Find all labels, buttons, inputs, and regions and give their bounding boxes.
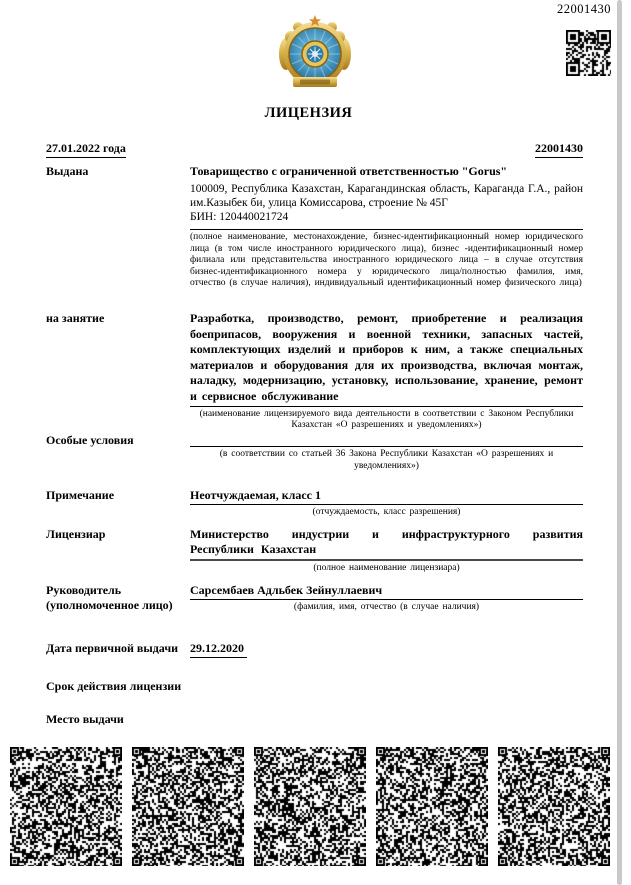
rule	[190, 599, 583, 600]
licensee-bin: БИН: 120440021724	[190, 210, 583, 224]
document-title: ЛИЦЕНЗИЯ	[0, 105, 617, 122]
field-head-label: Руководитель (уполномоченное лицо)	[46, 583, 186, 612]
field-first-issue-date: Дата первичной выдачи 29.12.2020	[46, 641, 247, 658]
barcode-icon	[132, 747, 244, 866]
rule	[190, 229, 583, 230]
barcode-icon	[498, 747, 610, 866]
remark-value: Неотчуждаемая, класс 1	[190, 488, 583, 503]
field-licensor-note: (полное наименование лицензиара)	[190, 563, 583, 575]
field-issued-to-note: (полное наименование, местонахождение, б…	[190, 232, 583, 290]
field-place-label: Место выдачи	[46, 712, 186, 727]
field-remark-label: Примечание	[46, 488, 186, 503]
field-validity-label: Срок действия лицензии	[46, 679, 186, 694]
field-head-note: (фамилия, имя, отчество (в случае наличи…	[190, 602, 583, 614]
field-first-issue-date-label: Дата первичной выдачи	[46, 641, 178, 656]
license-number: 22001430	[535, 141, 583, 158]
activity-text: Разработка, производство, ремонт, приобр…	[190, 311, 583, 405]
field-special-conditions-note: (в соответствии со статьей 36 Закона Рес…	[190, 449, 583, 472]
empty-value-line	[190, 433, 583, 447]
field-activity-note: (наименование лицензируемого вида деятел…	[190, 409, 583, 432]
field-remark-note: (отчуждаемость, класс разрешения)	[190, 507, 583, 519]
rule	[190, 504, 583, 505]
scrollbar[interactable]	[617, 0, 622, 885]
field-activity-label: на занятие	[46, 311, 186, 326]
field-licensor-label: Лицензиар	[46, 527, 186, 542]
barcode-icon	[254, 747, 366, 866]
rule	[190, 406, 583, 407]
field-issued-to-label: Выдана	[46, 164, 186, 179]
licensee-name: Товарищество с ограниченной ответственно…	[190, 164, 583, 179]
qr-code-icon	[566, 30, 611, 76]
barcode-strip	[10, 747, 611, 866]
first-issue-date-value: 29.12.2020	[190, 641, 247, 658]
date-number-row: 27.01.2022 года 22001430	[46, 141, 583, 159]
licensee-address: 100009, Республика Казахстан, Карагандин…	[190, 182, 583, 210]
licensor-name: Министерство индустрии и инфраструктурно…	[190, 527, 583, 556]
head-name: Сарсембаев Адльбек Зейнуллаевич	[190, 583, 583, 598]
rule	[190, 559, 583, 561]
field-special-conditions-label: Особые условия	[46, 433, 186, 448]
document-number-top: 22001430	[557, 2, 611, 17]
issue-date: 27.01.2022 года	[46, 141, 126, 158]
license-document-page: 22001430	[0, 0, 631, 885]
barcode-icon	[376, 747, 488, 866]
kazakhstan-emblem-icon	[278, 13, 352, 92]
barcode-icon	[10, 747, 122, 866]
